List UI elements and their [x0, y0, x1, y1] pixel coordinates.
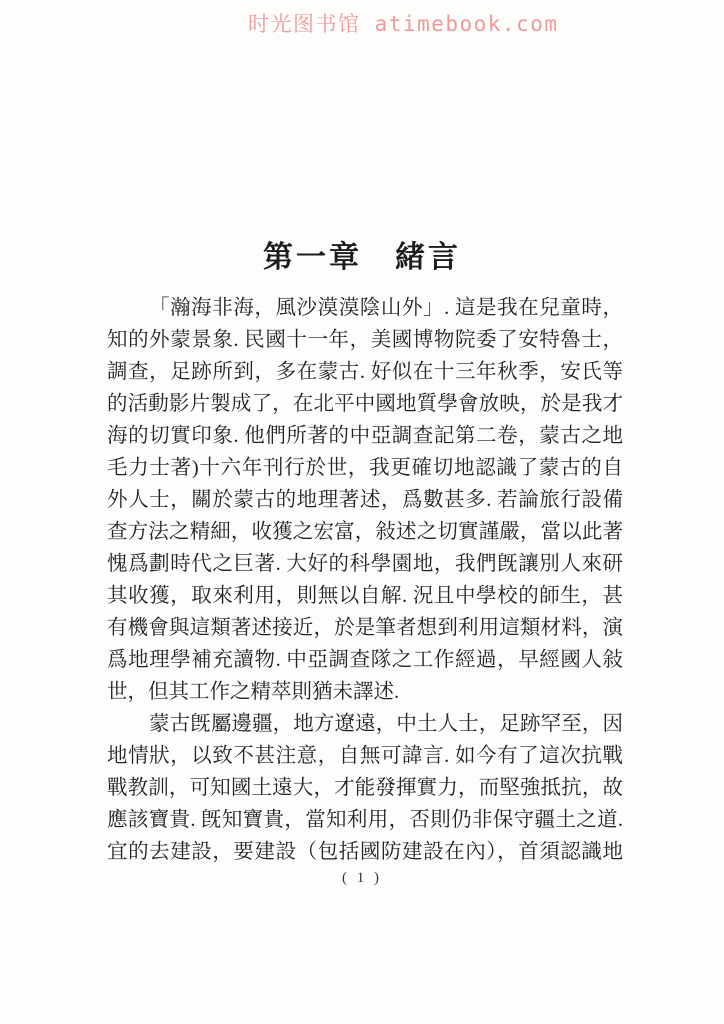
text-line: 有機會與這類著述接近，於是筆者想到利用這類材料，演成講解，作 [107, 612, 623, 644]
text-line: 應該寶貴. 旣知寶貴，當知利用，否則仍非保守疆土之道. 還要因地制 [107, 804, 623, 836]
text-line: 查方法之精細，收獲之宏富，敍述之切實謹嚴，當以此著爲第一，不 [107, 516, 623, 548]
body-text: 「瀚海非海，風沙漠漠陰山外」. 這是我在兒童時，讀了地理後所知的外蒙景象. 民國… [107, 292, 623, 868]
text-line: 地情狀，以致不甚注意，自無可諱言. 如今有了這次抗戰經驗加以歐 [107, 740, 623, 772]
text-line: 知的外蒙景象. 民國十一年，美國博物院委了安特魯士，率隊往中亞 [107, 324, 623, 356]
text-line: 毛力士著)十六年刊行於世，我更確切地認識了蒙古的自然景象. 中 [107, 452, 623, 484]
book-page: 时光图书馆 atimebook.com 第一章 緒言 「瀚海非海，風沙漠漠陰山外… [0, 0, 724, 1024]
text-line: 宜的去建設，要建設（包括國防建設在內），首須認識地面(Terrain) [107, 836, 623, 868]
text-line: 的活動影片製成了，在北平中國地質學會放映，於是我才得到了瀚 [107, 388, 623, 420]
text-line: 「瀚海非海，風沙漠漠陰山外」. 這是我在兒童時，讀了地理後所 [107, 292, 623, 324]
text-line: 世，但其工作之精萃則猶未譯述. [107, 676, 623, 708]
chapter-title: 第一章 緒言 [0, 232, 724, 276]
text-line: 爲地理學補充讀物. 中亞調查隊之工作經過，早經國人敍述，公之於 [107, 644, 623, 676]
page-number: ( 1 ) [0, 870, 724, 887]
library-watermark: 时光图书馆 atimebook.com [248, 8, 559, 38]
text-line: 海的切實印象. 他們所著的中亞調查記第二卷，蒙古之地質(勃吉， [107, 420, 623, 452]
text-line: 愧爲劃時代之巨著. 大好的科學園地，我們旣讓別人來研究，如不將 [107, 548, 623, 580]
text-line: 調查，足跡所到，多在蒙古. 好似在十三年秋季，安氏等從蒙古所攝 [107, 356, 623, 388]
text-line: 蒙古旣屬邊疆，地方遼遠，中土人士，足跡罕至，因此不夠認識實 [107, 708, 623, 740]
text-line: 外人士，關於蒙古的地理著述，爲數甚多. 若論旅行設備之周全，調 [107, 484, 623, 516]
text-line: 戰教訓，可知國土遠大，才能發揮實力，而堅強抵抗，故已知疆土的 [107, 772, 623, 804]
text-line: 其收獲，取來利用，則無以自解. 況且中學校的師生，甚至大學生，少 [107, 580, 623, 612]
